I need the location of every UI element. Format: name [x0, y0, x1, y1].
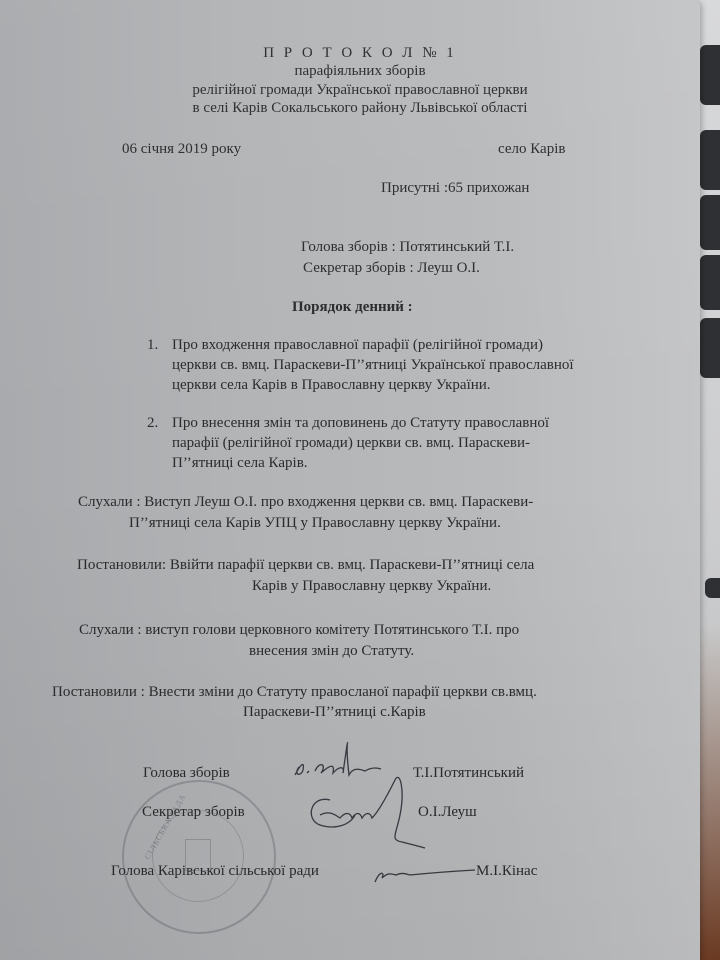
meeting-chair: Голова зборів : Потятинський Т.І. [301, 238, 514, 256]
signature-name: О.І.Леуш [418, 803, 477, 821]
resolved-1-line: Карів у Православну церкву України. [252, 577, 491, 595]
resolved-2-line: Постановили : Внести зміни до Статуту пр… [52, 683, 537, 701]
heard-1-line: П’’ятниці села Карів УПЦ у Православну ц… [129, 514, 501, 532]
agenda-item-line: Про входження православної парафії (релі… [172, 336, 543, 354]
attendance: Присутні :65 прихожан [381, 179, 529, 197]
keyboard-key [700, 318, 720, 378]
subtitle-line: в селі Карів Сокальського району Львівсь… [0, 99, 720, 117]
document-title: П Р О Т О К О Л № 1 [0, 44, 720, 62]
heard-1-line: Слухали : Виступ Леуш О.І. про входження… [78, 493, 533, 511]
signature-role: Голова зборів [143, 764, 230, 782]
document-page: П Р О Т О К О Л № 1 парафіяльних зборів … [0, 0, 700, 960]
agenda-item-number: 2. [147, 414, 158, 432]
document-date: 06 січня 2019 року [122, 140, 241, 158]
agenda-item-line: парафії (релігійної громади) церкви св. … [172, 434, 530, 452]
signature-role: Секретар зборів [142, 803, 245, 821]
agenda-item-line: Про внесення змін та доповинень до Стату… [172, 414, 549, 432]
signature-name: М.І.Кінас [476, 862, 537, 880]
signature-role: Голова Карівської сільської ради [111, 862, 319, 880]
agenda-heading: Порядок денний : [292, 298, 413, 316]
heard-2-line: внесения змін до Статуту. [249, 642, 414, 660]
keyboard-key [700, 195, 720, 250]
document-place: село Карів [498, 140, 565, 158]
signature-secretary [300, 770, 430, 850]
heard-2-line: Слухали : виступ голови церковного коміт… [79, 621, 519, 639]
subtitle-line: релігійної громади Української православ… [0, 81, 720, 99]
keyboard-key [700, 255, 720, 310]
agenda-item-line: церкви св. вмц. Параскеви-П’’ятниці Укра… [172, 356, 574, 374]
resolved-1-line: Постановили: Ввійти парафії церкви св. в… [77, 556, 534, 574]
agenda-item-line: церкви села Карів в Православну церкву У… [172, 376, 491, 394]
resolved-2-line: Параскеви-П’’ятниці с.Карів [243, 703, 426, 721]
agenda-item-line: П’’ятниці села Карів. [172, 454, 308, 472]
laptop-label [705, 578, 720, 598]
agenda-item-number: 1. [147, 336, 158, 354]
keyboard-key [700, 130, 720, 190]
subtitle-line: парафіяльних зборів [0, 62, 720, 80]
signature-council-head [370, 860, 480, 890]
meeting-secretary: Секретар зборів : Леуш О.І. [303, 259, 480, 277]
